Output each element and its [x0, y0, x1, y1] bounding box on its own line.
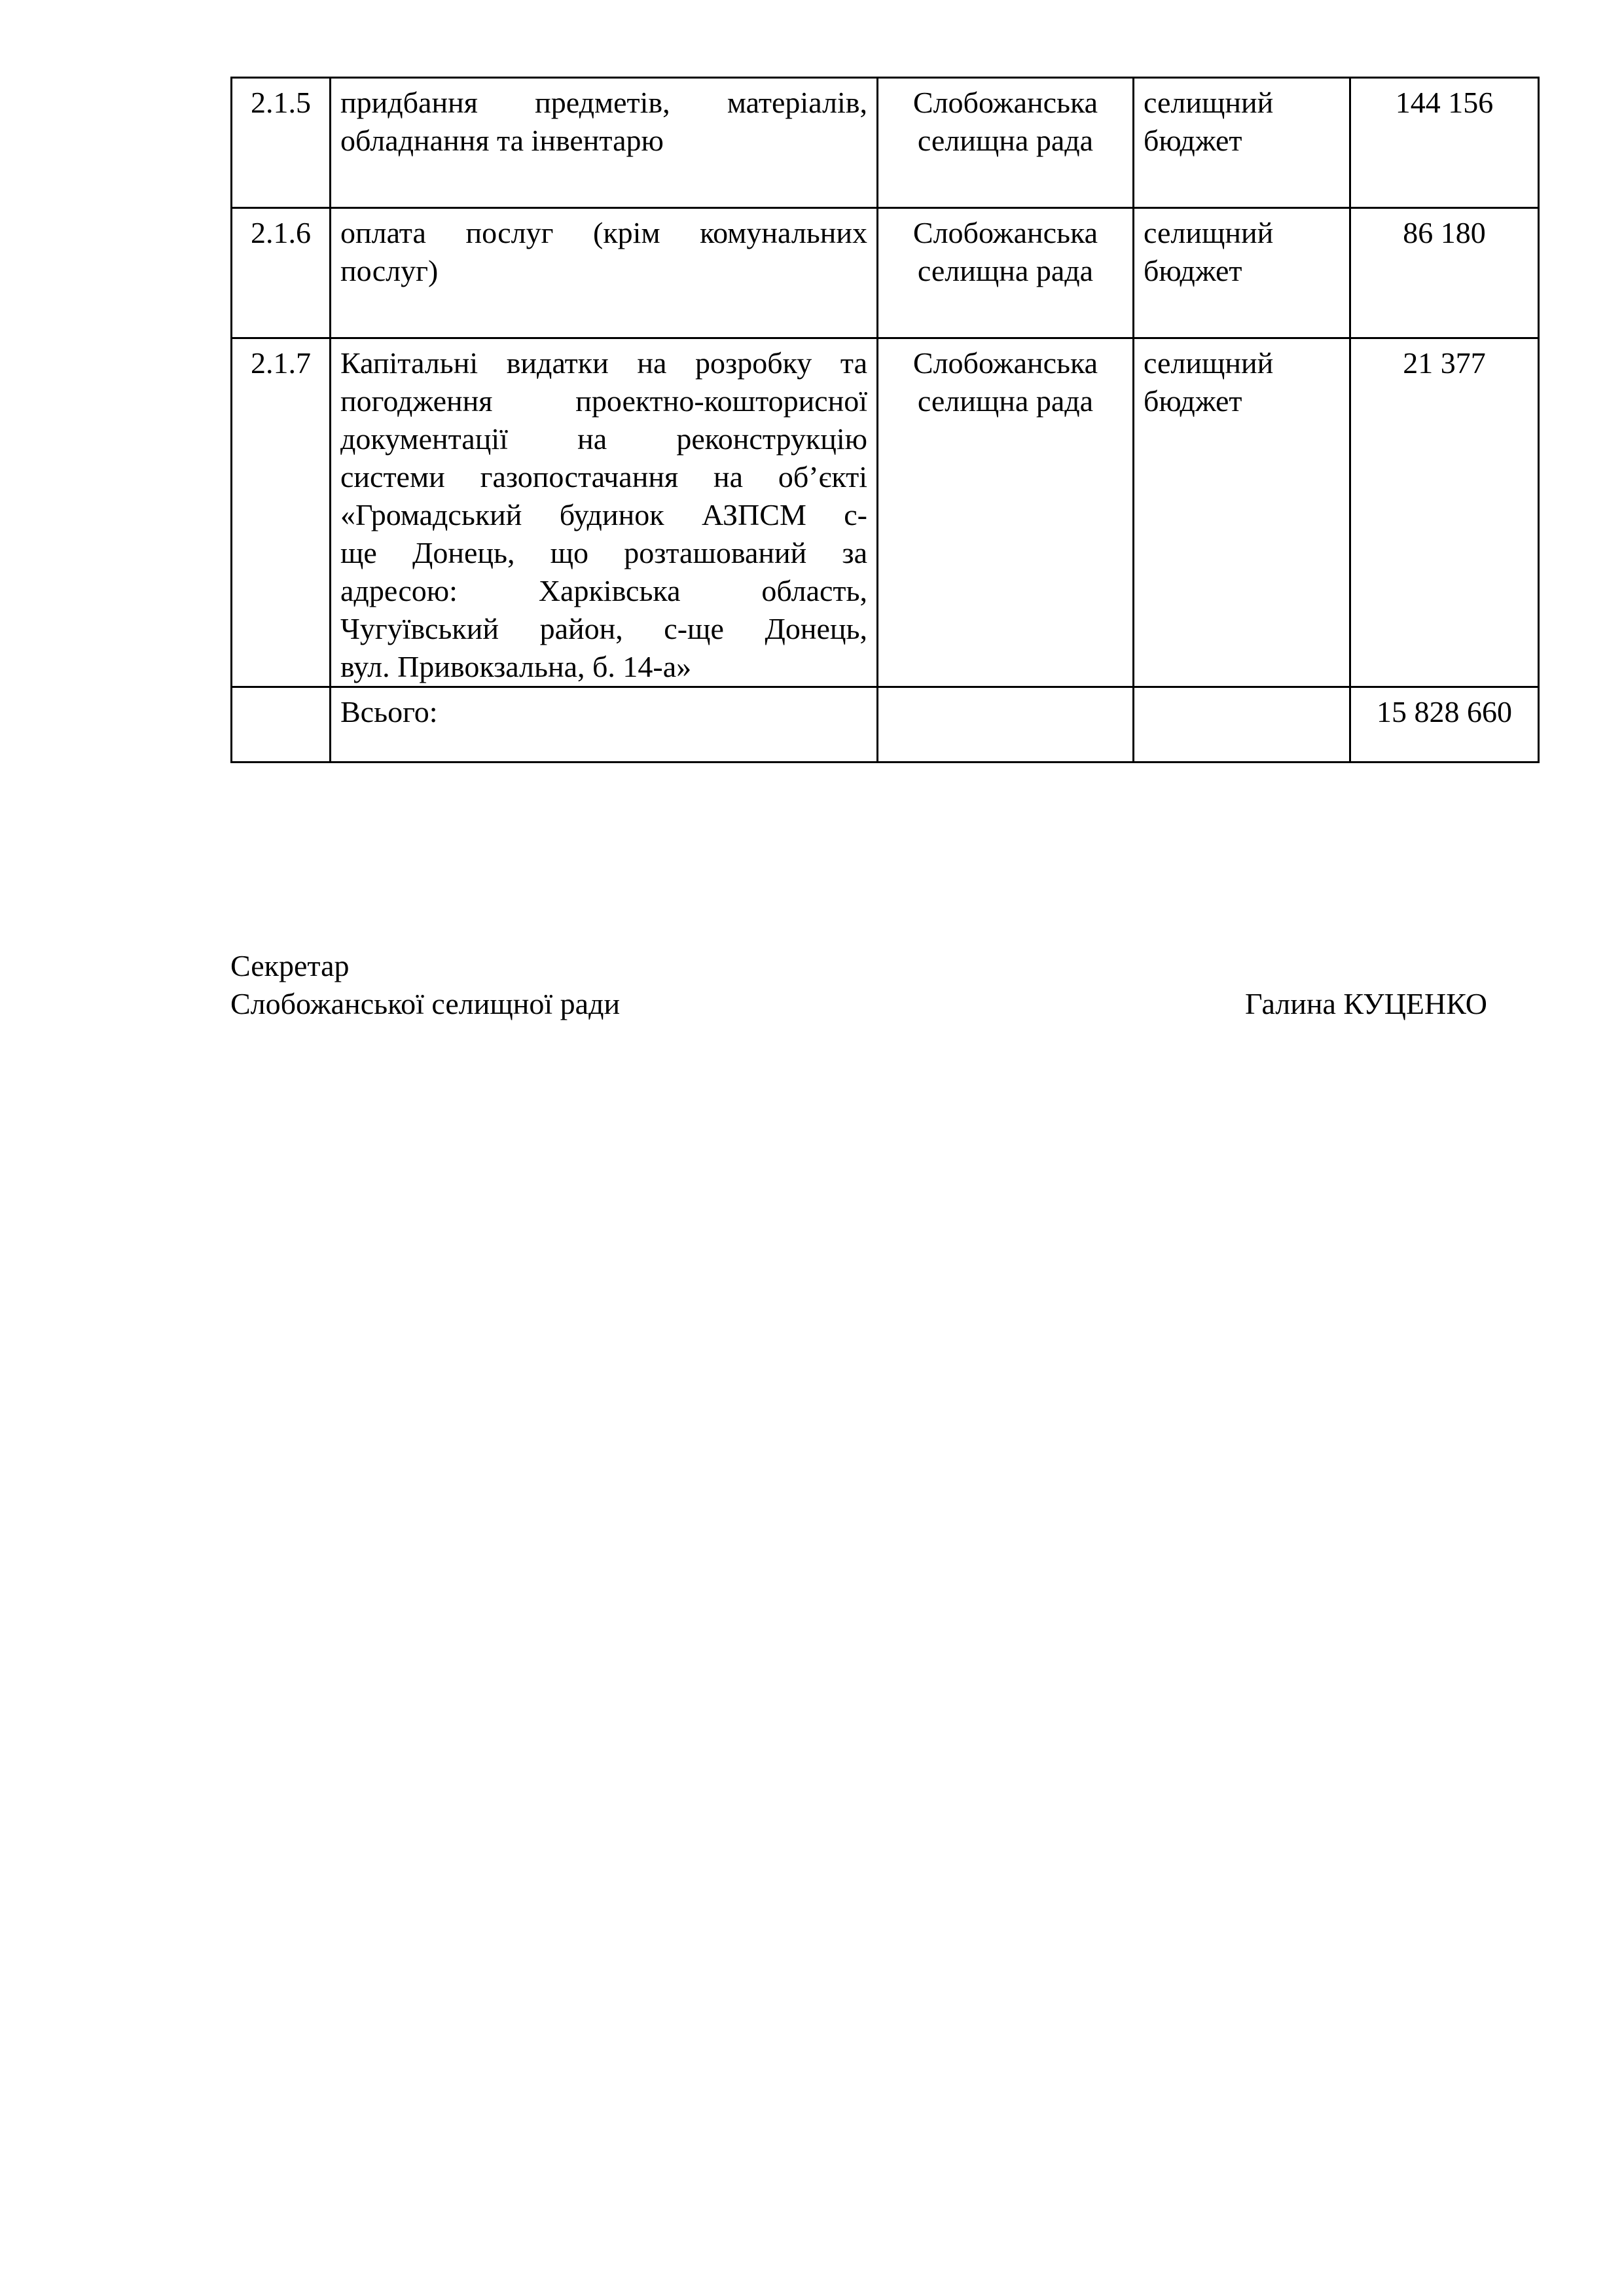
item-number: 2.1.6: [232, 208, 331, 338]
total-source-cell: [1134, 687, 1350, 762]
item-description: придбання предметів, матеріалів, обладна…: [331, 78, 878, 208]
document-page: 2.1.5 придбання предметів, матеріалів, о…: [0, 0, 1624, 2296]
signature-block: Секретар Слобожанської селищної ради Гал…: [230, 947, 1487, 1023]
table-row: 2.1.5 придбання предметів, матеріалів, о…: [232, 78, 1539, 208]
signature-line: Слобожанської селищної ради Галина КУЦЕН…: [230, 985, 1487, 1023]
item-funding-source: селищний бюджет: [1134, 338, 1350, 687]
table-row: 2.1.6 оплата послуг (крім комунальних по…: [232, 208, 1539, 338]
item-amount: 86 180: [1350, 208, 1539, 338]
item-amount: 21 377: [1350, 338, 1539, 687]
signatory-name: Галина КУЦЕНКО: [1245, 985, 1487, 1023]
budget-table: 2.1.5 придбання предметів, матеріалів, о…: [230, 77, 1540, 763]
table-row: 2.1.7 Капітальні видатки на розробку та …: [232, 338, 1539, 687]
item-amount: 144 156: [1350, 78, 1539, 208]
item-funding-source: селищний бюджет: [1134, 208, 1350, 338]
signatory-position: Секретар: [230, 947, 1487, 985]
item-organization: Слобожанська селищна рада: [878, 78, 1134, 208]
total-organization-cell: [878, 687, 1134, 762]
total-amount: 15 828 660: [1350, 687, 1539, 762]
item-number: 2.1.7: [232, 338, 331, 687]
item-description: оплата послуг (крім комунальних послуг): [331, 208, 878, 338]
item-organization: Слобожанська селищна рада: [878, 208, 1134, 338]
total-number-cell: [232, 687, 331, 762]
signatory-organization: Слобожанської селищної ради: [230, 985, 620, 1023]
item-number: 2.1.5: [232, 78, 331, 208]
total-row: Всього: 15 828 660: [232, 687, 1539, 762]
item-organization: Слобожанська селищна рада: [878, 338, 1134, 687]
item-funding-source: селищний бюджет: [1134, 78, 1350, 208]
item-description: Капітальні видатки на розробку та погодж…: [331, 338, 878, 687]
total-label: Всього:: [331, 687, 878, 762]
